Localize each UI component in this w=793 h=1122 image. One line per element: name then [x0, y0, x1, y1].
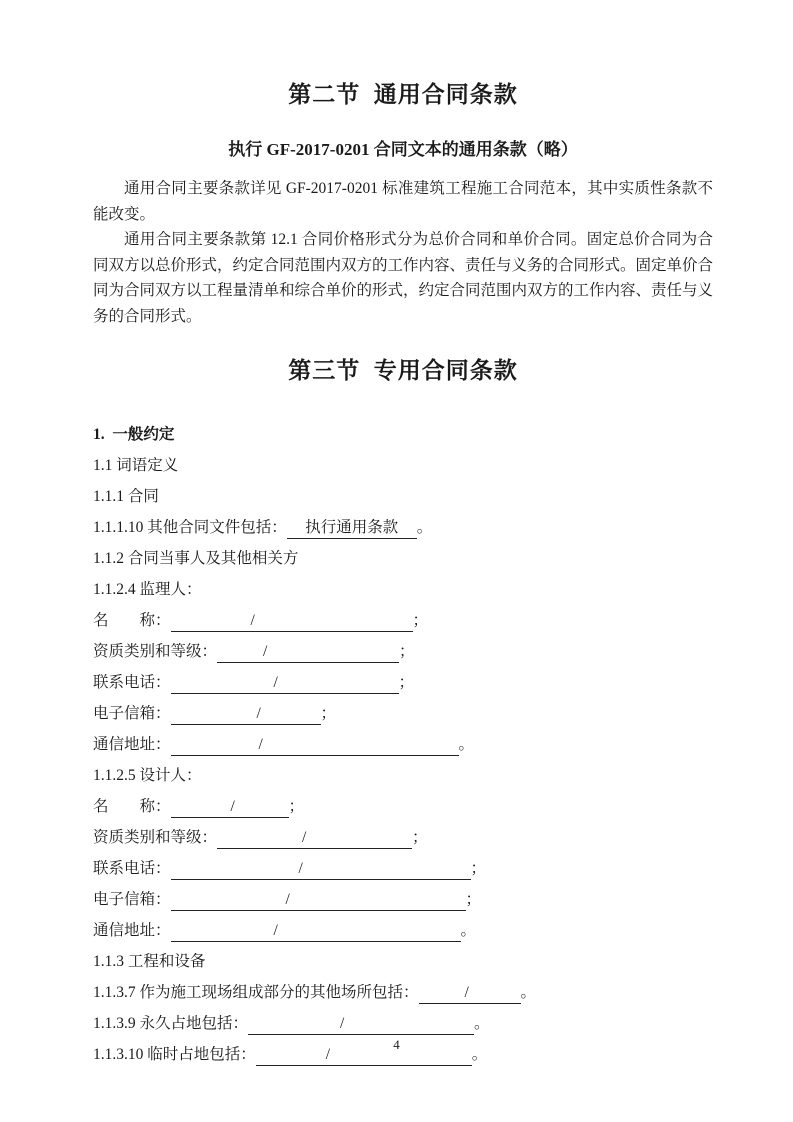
clause-text: 1. 一般约定 — [93, 426, 174, 443]
field-label: 资质类别和等级： — [93, 829, 217, 846]
blank-field[interactable]: / — [171, 921, 461, 942]
end-punctuation: ； — [321, 705, 337, 722]
field-label: 通信地址： — [93, 922, 171, 939]
field-label: 1.1.1.10 其他合同文件包括： — [93, 519, 287, 536]
form-line: 1.1.3.9 永久占地包括：/。 — [93, 1008, 713, 1039]
blank-field[interactable]: / — [419, 983, 521, 1004]
end-punctuation: ； — [412, 829, 428, 846]
end-punctuation: ； — [413, 612, 429, 629]
slash-mark: / — [257, 704, 261, 724]
clause-line: 1.1.3 工程和设备 — [93, 946, 713, 977]
slash-mark: / — [274, 921, 278, 941]
clause-line: 1.1.1 合同 — [93, 481, 713, 512]
section3-title: 第三节 专用合同条款 — [93, 351, 713, 391]
clause-line: 1.1.2.5 设计人： — [93, 760, 713, 791]
clause-line: 1.1.2 合同当事人及其他相关方 — [93, 543, 713, 574]
clause-list: 1. 一般约定1.1 词语定义1.1.1 合同1.1.1.10 其他合同文件包括… — [93, 419, 713, 1070]
end-punctuation: ； — [471, 860, 487, 877]
field-label: 资质类别和等级： — [93, 643, 217, 660]
end-punctuation: 。 — [459, 736, 475, 753]
slash-mark: / — [340, 1014, 344, 1034]
end-punctuation: ； — [289, 798, 305, 815]
slash-mark: / — [263, 642, 267, 662]
section2-subtitle: 执行 GF-2017-0201 合同文本的通用条款（略） — [93, 138, 713, 162]
end-punctuation: ； — [399, 643, 415, 660]
blank-field[interactable]: / — [248, 1014, 474, 1035]
slash-mark: / — [259, 735, 263, 755]
field-label: 名 称： — [93, 798, 171, 815]
clause-text: 1.1.2.5 设计人： — [93, 767, 202, 784]
form-line: 通信地址：/。 — [93, 729, 713, 760]
form-line: 资质类别和等级：/； — [93, 822, 713, 853]
blank-field[interactable]: / — [171, 859, 471, 880]
form-line: 联系电话：/； — [93, 667, 713, 698]
clause-line: 1.1.2.4 监理人： — [93, 574, 713, 605]
field-label: 名 称： — [93, 612, 171, 629]
slash-mark: / — [251, 611, 255, 631]
end-punctuation: ； — [466, 891, 482, 908]
end-punctuation: 。 — [461, 922, 477, 939]
clause-line: 1.1 词语定义 — [93, 450, 713, 481]
field-label: 电子信箱： — [93, 891, 171, 908]
slash-mark: / — [274, 673, 278, 693]
blank-field[interactable]: / — [171, 611, 413, 632]
form-line: 电子信箱：/； — [93, 698, 713, 729]
end-punctuation: ； — [399, 674, 415, 691]
form-line: 资质类别和等级：/； — [93, 636, 713, 667]
field-label: 1.1.3.9 永久占地包括： — [93, 1015, 248, 1032]
field-label: 联系电话： — [93, 674, 171, 691]
blank-field[interactable]: / — [171, 704, 321, 725]
slash-mark: / — [299, 859, 303, 879]
clause-text: 1.1.2.4 监理人： — [93, 581, 202, 598]
blank-field[interactable]: / — [171, 890, 466, 911]
paragraph: 通用合同主要条款详见 GF-2017-0201 标准建筑工程施工合同范本，其中实… — [93, 176, 713, 227]
clause-text: 1.1.1 合同 — [93, 488, 159, 505]
field-label: 1.1.3.7 作为施工现场组成部分的其他场所包括： — [93, 984, 419, 1001]
end-punctuation: 。 — [521, 984, 537, 1001]
clause-text: 1.1 词语定义 — [93, 457, 178, 474]
paragraph: 通用合同主要条款第 12.1 合同价格形式分为总价合同和单价合同。固定总价合同为… — [93, 227, 713, 329]
form-line: 1.1.1.10 其他合同文件包括：执行通用条款。 — [93, 512, 713, 543]
end-punctuation: 。 — [417, 519, 433, 536]
form-line: 通信地址：/。 — [93, 915, 713, 946]
blank-field[interactable]: 执行通用条款 — [287, 518, 417, 539]
clause-text: 1.1.3 工程和设备 — [93, 953, 205, 970]
clause-text: 1.1.2 合同当事人及其他相关方 — [93, 550, 298, 567]
blank-field[interactable]: / — [171, 735, 459, 756]
clause-line: 1. 一般约定 — [93, 419, 713, 450]
slash-mark: / — [465, 983, 469, 1003]
form-line: 1.1.3.7 作为施工现场组成部分的其他场所包括：/。 — [93, 977, 713, 1008]
blank-field[interactable]: / — [217, 642, 399, 663]
blank-field[interactable]: / — [171, 673, 399, 694]
slash-mark: / — [302, 828, 306, 848]
form-line: 名 称：/； — [93, 605, 713, 636]
form-line: 电子信箱：/； — [93, 884, 713, 915]
form-line: 联系电话：/； — [93, 853, 713, 884]
field-label: 通信地址： — [93, 736, 171, 753]
section2-paragraphs: 通用合同主要条款详见 GF-2017-0201 标准建筑工程施工合同范本，其中实… — [93, 176, 713, 329]
section2-title: 第二节 通用合同条款 — [93, 80, 713, 110]
field-label: 电子信箱： — [93, 705, 171, 722]
blank-field[interactable]: / — [171, 797, 289, 818]
page-content: 第二节 通用合同条款 执行 GF-2017-0201 合同文本的通用条款（略） … — [93, 0, 713, 1070]
document-page: 第二节 通用合同条款 执行 GF-2017-0201 合同文本的通用条款（略） … — [0, 0, 793, 1122]
page-number: 4 — [0, 1036, 793, 1054]
slash-mark: / — [286, 890, 290, 910]
form-line: 名 称：/； — [93, 791, 713, 822]
slash-mark: / — [231, 797, 235, 817]
end-punctuation: 。 — [474, 1015, 490, 1032]
blank-field[interactable]: / — [217, 828, 412, 849]
field-label: 联系电话： — [93, 860, 171, 877]
